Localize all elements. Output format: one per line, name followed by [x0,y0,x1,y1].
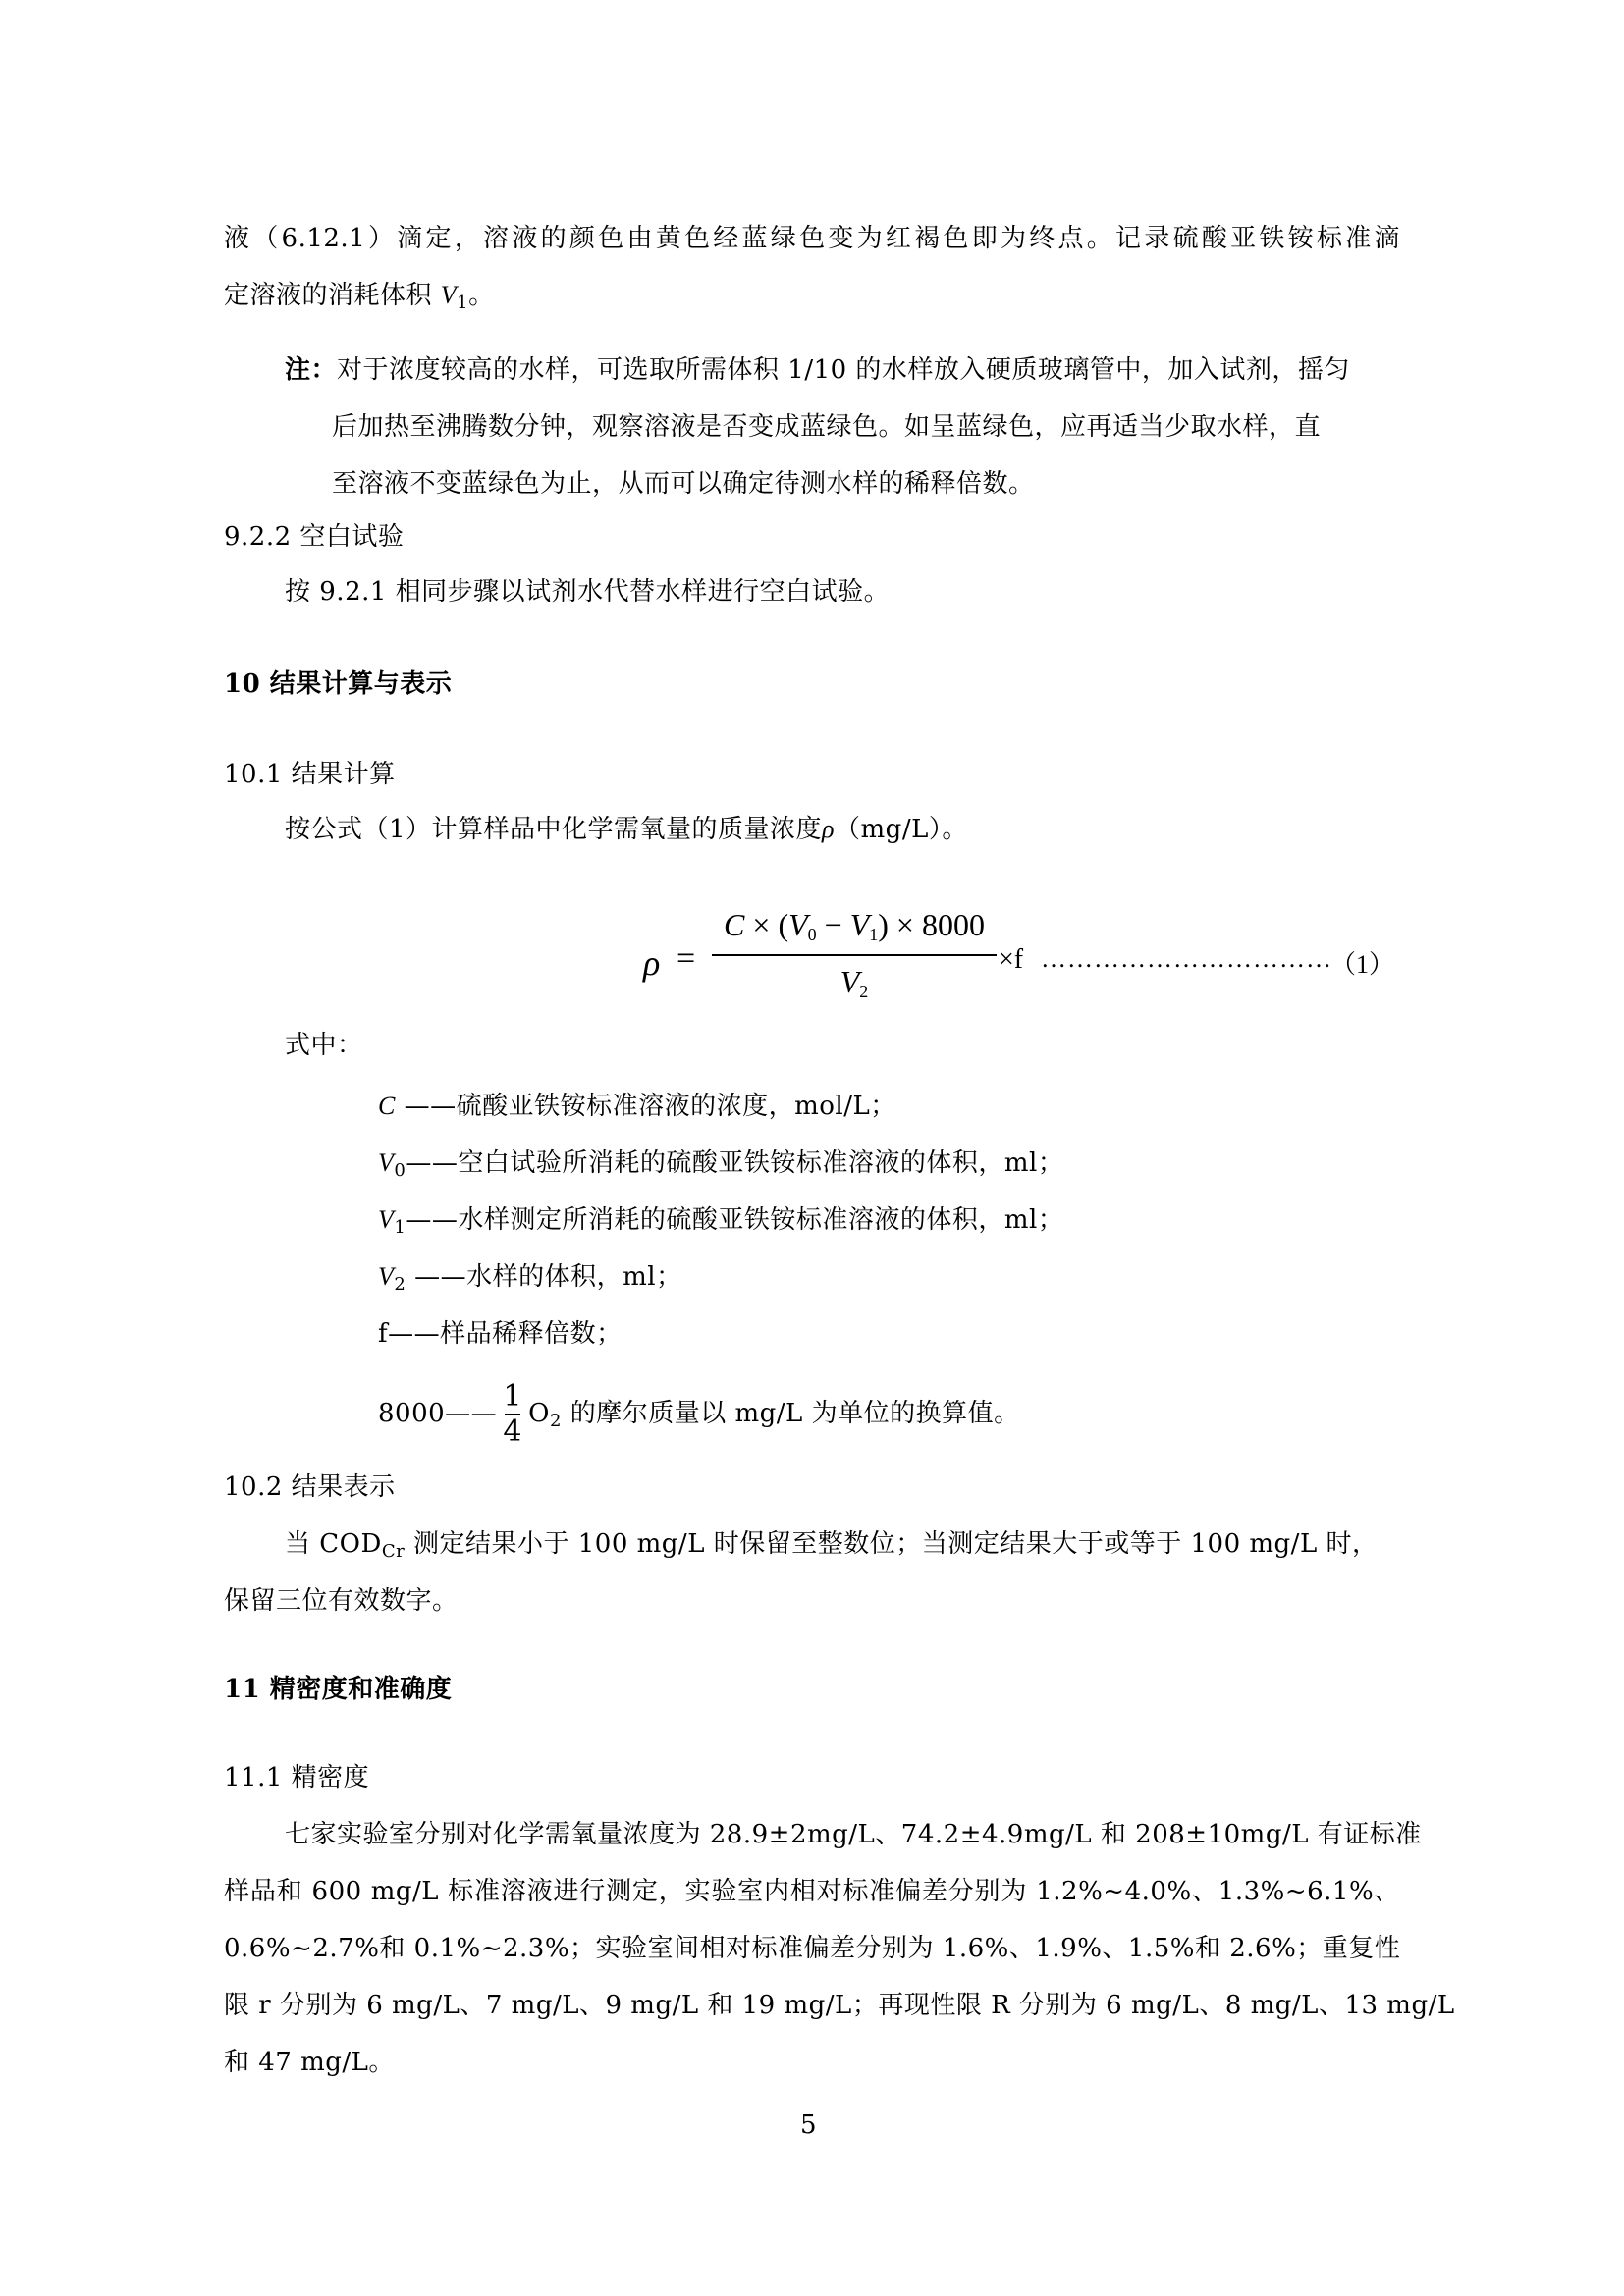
cod-text: 测定结果小于 100 mg/L 时保留至整数位；当测定结果大于或等于 100 m… [405,1529,1378,1559]
section-9-2-2-text: 按 9.2.1 相同步骤以试剂水代替水样进行空白试验。 [285,575,890,609]
formula-v2-sub: 2 [859,982,868,1001]
fraction-numerator: 1 [501,1380,524,1414]
definition-text: ——样品稀释倍数； [388,1319,623,1349]
precision-line-1: 七家实验室分别对化学需氧量浓度为 28.9±2mg/L、74.2±4.9mg/L… [285,1818,1400,1851]
precision-line-4: 限 r 分别为 6 mg/L、7 mg/L、9 mg/L 和 19 mg/L；再… [224,1989,1400,2022]
section-10-2-line-1: 当 CODCr 测定结果小于 100 mg/L 时保留至整数位；当测定结果大于或… [285,1527,1400,1561]
where-label: 式中： [285,1029,363,1062]
section-11-1-heading: 11.1 精密度 [224,1761,369,1794]
precision-line-5: 和 47 mg/L。 [224,2046,395,2079]
continuation-line-1: 液（6.12.1）滴定，溶液的颜色由黄色经蓝绿色变为红褐色即为终点。记录硫酸亚铁… [224,222,1400,255]
section-10-1-text: 按公式（1）计算样品中化学需氧量的质量浓度ρ（mg/L）。 [285,813,968,846]
formula-v1-sub: 1 [869,925,878,944]
section-10-heading: 10 结果计算与表示 [224,667,452,701]
definition-symbol: V [378,1205,394,1234]
formula-times-open: × ( [744,907,788,942]
definition-subscript: 1 [394,1217,406,1238]
note-line-3: 至溶液不变蓝绿色为止，从而可以确定待测水样的稀释倍数。 [332,467,1035,501]
formula-c: C [724,907,744,942]
definition-v0: V0——空白试验所消耗的硫酸亚铁铵标准溶液的体积，ml； [378,1147,1063,1180]
formula-numerator: C × (V0 − V1) × 8000 [712,903,997,946]
definition-v2: V2 ——水样的体积，ml； [378,1260,682,1294]
formula-1: ρ = C × (V0 − V1) × 8000 V2 ×f ………………………… [643,903,1409,1016]
definition-subscript: 0 [394,1160,406,1181]
definition-text: ——空白试验所消耗的硫酸亚铁铵标准溶液的体积，ml； [406,1148,1063,1178]
formula-leader-dots: …………………………… [1041,944,1332,974]
precision-line-2: 样品和 600 mg/L 标准溶液进行测定，实验室内相对标准偏差分别为 1.2%… [224,1875,1400,1908]
continuation-line-2-suffix: 。 [468,281,495,310]
page-number: 5 [800,2110,817,2140]
note-line-1: 注：对于浓度较高的水样，可选取所需体积 1/10 的水样放入硬质玻璃管中，加入试… [285,353,1400,387]
formula-minus: − [817,907,850,942]
definition-text: ——硫酸亚铁铵标准溶液的浓度，mol/L； [396,1092,896,1121]
definition-8000-prefix: 8000—— [378,1399,497,1428]
section-10-1-text-suffix: （mg/L）。 [835,815,968,844]
note-label: 注： [285,355,337,385]
definition-symbol: V [378,1148,394,1177]
formula-equals: = [677,940,695,978]
definition-v1: V1——水样测定所消耗的硫酸亚铁铵标准溶液的体积，ml； [378,1203,1063,1237]
definition-f: f——样品稀释倍数； [378,1317,623,1351]
definition-8000-text: 的摩尔质量以 mg/L 为单位的换算值。 [562,1399,1020,1428]
section-9-2-2-heading: 9.2.2 空白试验 [224,520,404,554]
section-10-1-heading: 10.1 结果计算 [224,758,396,791]
fraction-bar [712,954,997,956]
section-10-2-line-2: 保留三位有效数字。 [224,1584,459,1618]
continuation-line-2: 定溶液的消耗体积 V1。 [224,279,495,312]
quarter-fraction: 14 [501,1380,524,1449]
variable-v1: V [441,281,457,309]
cod-subscript: Cr [382,1541,405,1562]
oxygen-subscript: 2 [550,1411,562,1431]
formula-tail: ) × 8000 [878,907,985,942]
document-page: 液（6.12.1）滴定，溶液的颜色由黄色经蓝绿色变为红褐色即为终点。记录硫酸亚铁… [0,0,1624,2296]
oxygen-symbol: O [528,1399,550,1428]
definition-symbol: C [378,1092,396,1120]
continuation-line-2-prefix: 定溶液的消耗体积 [224,281,441,310]
section-10-2-heading: 10.2 结果表示 [224,1470,396,1504]
formula-v1: V [850,907,870,942]
definition-text: ——水样测定所消耗的硫酸亚铁铵标准溶液的体积，ml； [406,1205,1063,1235]
definition-c: C ——硫酸亚铁铵标准溶液的浓度，mol/L； [378,1090,896,1123]
formula-denominator: V2 [712,962,997,1001]
definition-subscript: 2 [394,1274,406,1295]
definition-text: ——水样的体积，ml； [406,1262,681,1292]
variable-v1-subscript: 1 [457,293,468,313]
precision-line-3: 0.6%~2.7%和 0.1%~2.3%；实验室间相对标准偏差分别为 1.6%、… [224,1932,1400,1965]
formula-times-f: ×f [999,944,1023,976]
note-text-1: 对于浓度较高的水样，可选取所需体积 1/10 的水样放入硬质玻璃管中，加入试剂，… [337,355,1350,385]
fraction-denominator: 4 [501,1415,524,1449]
section-10-1-text-prefix: 按公式（1）计算样品中化学需氧量的质量浓度 [285,815,822,844]
formula-fraction: C × (V0 − V1) × 8000 V2 [712,903,997,1001]
rho-symbol: ρ [822,815,835,843]
formula-v0-sub: 0 [808,925,817,944]
definition-symbol: f [378,1319,388,1349]
definition-8000: 8000——14O2 的摩尔质量以 mg/L 为单位的换算值。 [378,1374,1020,1453]
formula-v2: V [840,964,860,999]
section-11-heading: 11 精密度和准确度 [224,1673,452,1706]
equation-number: （1） [1330,944,1394,981]
cod-prefix: 当 COD [285,1529,382,1559]
formula-v0: V [788,907,808,942]
formula-lhs-rho: ρ [643,942,660,984]
definition-symbol: V [378,1262,394,1291]
note-line-2: 后加热至沸腾数分钟，观察溶液是否变成蓝绿色。如呈蓝绿色，应再适当少取水样，直 [332,410,1321,444]
